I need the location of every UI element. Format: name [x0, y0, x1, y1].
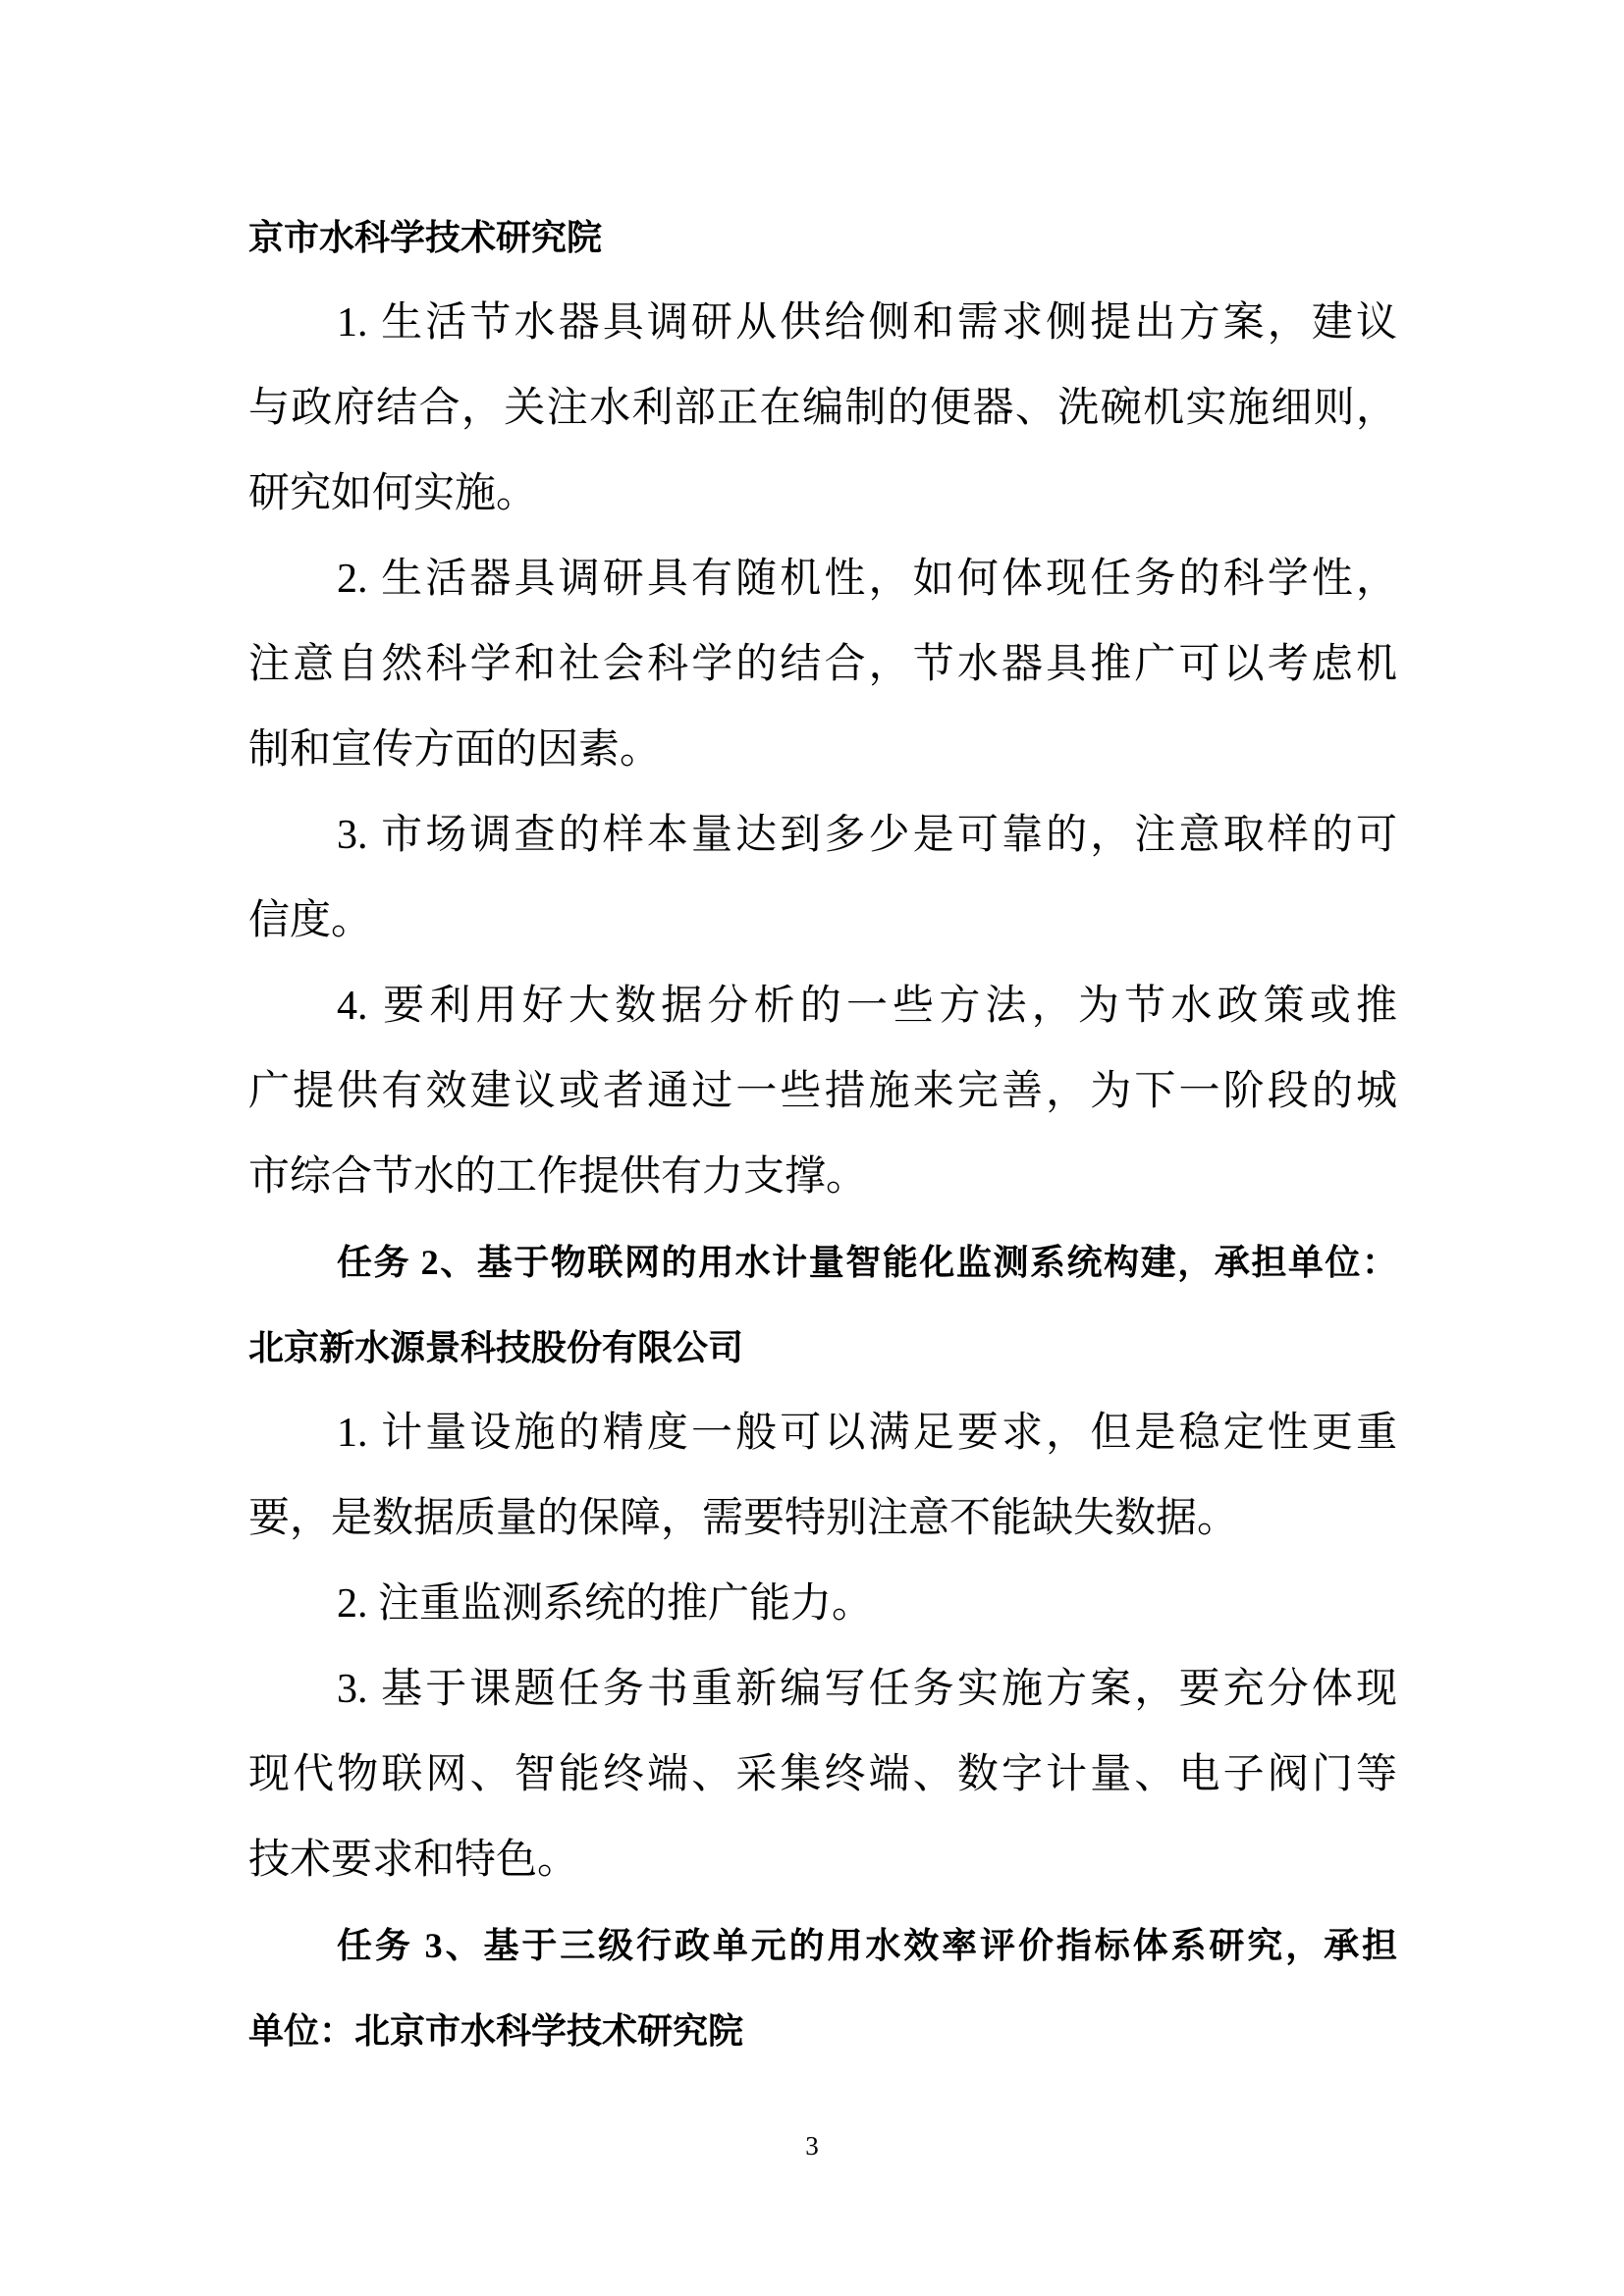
text-line: 4. 要利用好大数据分析的一些方法，为节水政策或推 — [248, 964, 1397, 1049]
document-body: 京市水科学技术研究院1. 生活节水器具调研从供给侧和需求侧提出方案，建议与政府结… — [248, 195, 1397, 2074]
document-page: 京市水科学技术研究院1. 生活节水器具调研从供给侧和需求侧提出方案，建议与政府结… — [0, 0, 1624, 2296]
heading-line: 北京新水源景科技股份有限公司 — [248, 1306, 1397, 1391]
heading-line: 任务 3、基于三级行政单元的用水效率评价指标体系研究，承担 — [248, 1903, 1397, 1989]
heading-line: 京市水科学技术研究院 — [248, 195, 1397, 281]
text-line: 1. 计量设施的精度一般可以满足要求，但是稳定性更重 — [248, 1391, 1397, 1476]
text-line: 广提供有效建议或者通过一些措施来完善，为下一阶段的城 — [248, 1049, 1397, 1135]
heading-line: 单位：北京市水科学技术研究院 — [248, 1989, 1397, 2074]
text-line: 2. 生活器具调研具有随机性，如何体现任务的科学性， — [248, 537, 1397, 622]
text-line: 3. 市场调查的样本量达到多少是可靠的，注意取样的可 — [248, 793, 1397, 879]
text-line: 2. 注重监测系统的推广能力。 — [248, 1562, 1397, 1647]
text-line: 注意自然科学和社会科学的结合，节水器具推广可以考虑机 — [248, 622, 1397, 708]
text-line: 与政府结合，关注水利部正在编制的便器、洗碗机实施细则， — [248, 366, 1397, 452]
text-line: 1. 生活节水器具调研从供给侧和需求侧提出方案，建议 — [248, 281, 1397, 366]
text-line: 要，是数据质量的保障，需要特别注意不能缺失数据。 — [248, 1476, 1397, 1562]
text-line: 3. 基于课题任务书重新编写任务实施方案，要充分体现 — [248, 1647, 1397, 1733]
text-line: 制和宣传方面的因素。 — [248, 708, 1397, 793]
text-line: 研究如何实施。 — [248, 452, 1397, 537]
text-line: 信度。 — [248, 879, 1397, 964]
heading-line: 任务 2、基于物联网的用水计量智能化监测系统构建，承担单位： — [248, 1220, 1397, 1306]
text-line: 市综合节水的工作提供有力支撑。 — [248, 1135, 1397, 1220]
text-line: 现代物联网、智能终端、采集终端、数字计量、电子阀门等 — [248, 1733, 1397, 1818]
text-line: 技术要求和特色。 — [248, 1818, 1397, 1903]
page-number: 3 — [0, 2122, 1624, 2169]
